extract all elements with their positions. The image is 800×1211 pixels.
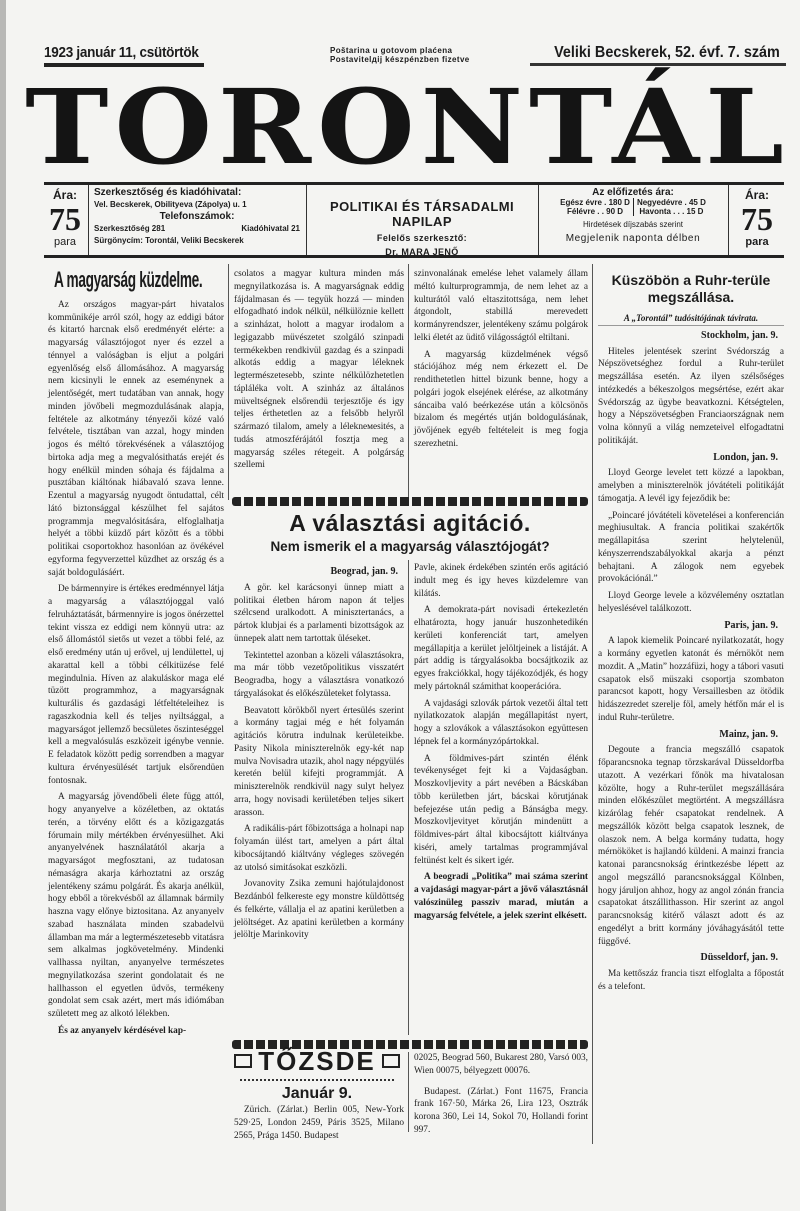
- dotted-rule: [240, 1079, 394, 1081]
- paragraph: A lapok kiemelik Poincaré nyilatkozatát,…: [598, 635, 784, 724]
- dateline: Beograd, jan. 9.: [234, 566, 404, 579]
- paragraph: csolatos a magyar kultura minden más meg…: [234, 268, 404, 472]
- column-rule: [408, 1052, 409, 1132]
- divider: [306, 185, 307, 255]
- phone-editorial: Szerkesztőség 281: [94, 223, 165, 235]
- price-label: Ára:: [44, 188, 86, 202]
- price-value: 75: [732, 202, 782, 236]
- article-agitacio-header: A választási agitáció. Nem ismerik el a …: [232, 510, 588, 554]
- exchange-rates: Budapest. (Zárlat.) Font 11675, Francia …: [414, 1086, 588, 1137]
- masthead: TORONTÁL: [40, 78, 775, 178]
- article-agitacio-right: Pavle, akinek érdekében szintén erős agi…: [414, 562, 588, 926]
- paragraph: Tekintettel azonban a közeli választások…: [234, 650, 404, 701]
- paragraph: A földmives-párt szintén élénk tevékenys…: [414, 753, 588, 868]
- dateline: Stockholm, jan. 9.: [598, 330, 784, 343]
- paragraph: A radikális-párt főbizottsága a holnapi …: [234, 823, 404, 874]
- tozsde-left: Zürich. (Zárlat.) Berlin 005, New-York 5…: [234, 1104, 404, 1146]
- paragraph: „Poincaré jóvátételi követelései a konfe…: [598, 510, 784, 587]
- column-rule: [408, 264, 409, 500]
- price-label: Ára:: [732, 188, 782, 202]
- paragraph: Pavle, akinek érdekében szintén erős agi…: [414, 562, 588, 600]
- byline: A „Torontál” tudósitójának távirata.: [598, 312, 784, 326]
- headline: A magyarság küzdelme.: [54, 274, 159, 287]
- tozsde-date: Január 9.: [232, 1085, 402, 1103]
- divider: [538, 185, 539, 255]
- article-ruhr: Küszöbön a Ruhr-terüle megszállása. A „T…: [598, 272, 784, 998]
- price-year: Egész évre . 180 D: [557, 198, 633, 207]
- postage-line-2: Postavitelдij készpénzben fizetve: [330, 55, 470, 64]
- editor-name: Dr. MARA JENŐ: [308, 247, 536, 257]
- paragraph: Jovanovity Zsika zemuni hajótulajdonost …: [234, 878, 404, 942]
- price-unit: para: [44, 236, 86, 248]
- telegram-address: Sürgönycím: Torontál, Veliki Becskerek: [94, 235, 300, 247]
- subscription-heading: Az előfizetés ára:: [540, 187, 726, 198]
- ornamental-rule: [232, 497, 588, 506]
- dateline: London, jan. 9.: [598, 452, 784, 465]
- subscription-prices: Egész évre . 180 D Negyedévre . 45 D Fél…: [557, 198, 709, 216]
- phone-publisher: Kiadóhivatal 21: [241, 223, 300, 235]
- paragraph: Beavatott körökből nyert értesülés szeri…: [234, 705, 404, 820]
- paragraph: szinvonalának emelése lehet valamely áll…: [414, 268, 588, 345]
- price-unit: para: [732, 236, 782, 248]
- scan-edge: [0, 0, 6, 1211]
- office-heading: Szerkesztőség és kiadóhivatal:: [94, 187, 300, 199]
- paragraph: A beogradi „Politika” mai száma szerint …: [414, 871, 588, 922]
- phones-heading: Telefonszámok:: [94, 211, 300, 223]
- paragraph: És az anyanyelv kérdésével kap-: [48, 1025, 224, 1038]
- editor-label: Felelős szerkesztő:: [308, 233, 536, 243]
- tozsde-right: 02025, Beograd 560, Bukarest 280, Varsó …: [414, 1052, 588, 1141]
- price-right: Ára: 75 para: [732, 185, 782, 255]
- subscription-info: Az előfizetés ára: Egész évre . 180 D Ne…: [540, 185, 726, 255]
- appears-note: Megjelenik naponta délben: [540, 233, 726, 244]
- paragraph: A vajdasági szlovák pártok vezetői által…: [414, 698, 588, 749]
- bank-icon: [382, 1054, 400, 1068]
- column-rule: [408, 560, 409, 1035]
- headline: Küszöbön a Ruhr-terüle: [598, 272, 784, 289]
- paragraph: Degoute a francia megszálló csapatok főp…: [598, 744, 784, 948]
- paper-subtitle-block: POLITIKAI ÉS TÁRSADALMI NAPILAP Felelős …: [308, 185, 536, 255]
- divider: [728, 185, 729, 255]
- ads-note: Hirdetések díjszabás szerint: [540, 219, 726, 230]
- paragraph: A demokrata-párt novisadi értekezletén e…: [414, 604, 588, 693]
- article-magyarsag-continued: csolatos a magyar kultura minden más meg…: [234, 268, 404, 476]
- dateline: Mainz, jan. 9.: [598, 729, 784, 742]
- office-info: Szerkesztőség és kiadóhivatal: Vel. Becs…: [94, 185, 300, 255]
- column-rule: [592, 264, 593, 1144]
- paragraph: Lloyd George levelet tett közzé a lapokb…: [598, 467, 784, 505]
- paragraph: De bármennyire is értékes eredménnyel lá…: [48, 583, 224, 787]
- phones-row: Szerkesztőség 281 Kiadóhivatal 21: [94, 223, 300, 235]
- postage-note: Poštarina u gotovom plaćena Postavitelдi…: [330, 46, 470, 64]
- info-strip: Ára: 75 para Szerkesztőség és kiadóhivat…: [44, 182, 784, 258]
- place-issue: Veliki Becskerek, 52. évf. 7. szám: [554, 44, 780, 62]
- paper-subtitle: POLITIKAI ÉS TÁRSADALMI NAPILAP: [308, 199, 536, 229]
- paragraph: Hiteles jelentések szerint Svédország a …: [598, 346, 784, 448]
- tozsde-header: TŐZSDE Január 9.: [232, 1040, 402, 1100]
- postage-line-1: Poštarina u gotovom plaćena: [330, 46, 470, 55]
- article-magyarsag-continued: szinvonalának emelése lehet valamely áll…: [414, 268, 588, 455]
- paragraph: A magyarság jövendőbeli élete függ attól…: [48, 791, 224, 1021]
- price-left: Ára: 75 para: [44, 185, 86, 255]
- price-value: 75: [44, 202, 86, 236]
- bank-icon: [234, 1054, 252, 1068]
- paragraph: Ma kettőszáz francia tiszt elfoglalta a …: [598, 968, 784, 994]
- divider: [88, 185, 89, 255]
- issue-date: 1923 január 11, csütörtök: [44, 44, 199, 61]
- price-half-year: Félévre . . 90 D: [557, 207, 633, 216]
- article-magyarsag: A magyarság küzdelme. Az országos magyar…: [48, 268, 224, 1042]
- headline: A választási agitáció.: [232, 510, 588, 537]
- dateline: Düsseldorf, jan. 9.: [598, 952, 784, 965]
- article-agitacio-left: Beograd, jan. 9. A gör. kel karácsonyi ü…: [234, 562, 404, 946]
- subheadline: Nem ismerik el a magyarság választójogát…: [232, 539, 588, 554]
- price-quarter: Negyedévre . 45 D: [633, 198, 708, 207]
- newspaper-title: TORONTÁL: [25, 82, 790, 174]
- paragraph: A gör. kel karácsonyi ünnep miatt a poli…: [234, 582, 404, 646]
- exchange-rates: Zürich. (Zárlat.) Berlin 005, New-York 5…: [234, 1104, 404, 1142]
- paragraph: Az országos magyar-párt hivatalos kommün…: [48, 299, 224, 580]
- headline: megszállása.: [598, 289, 784, 306]
- paragraph: A magyarság küzdelmének végső stációjáho…: [414, 349, 588, 451]
- paragraph: Lloyd George levele a közvélemény osztat…: [598, 590, 784, 616]
- tozsde-title: TŐZSDE: [232, 1046, 402, 1077]
- price-month: Havonta . . . 15 D: [633, 207, 708, 216]
- top-line: 1923 január 11, csütörtök Poštarina u go…: [0, 44, 800, 68]
- dateline: Paris, jan. 9.: [598, 620, 784, 633]
- exchange-rates: 02025, Beograd 560, Bukarest 280, Varsó …: [414, 1052, 588, 1078]
- place-rule: [530, 63, 786, 66]
- column-rule: [228, 264, 229, 500]
- office-address: Vel. Becskerek, Obilityeva (Zápolya) u. …: [94, 199, 300, 211]
